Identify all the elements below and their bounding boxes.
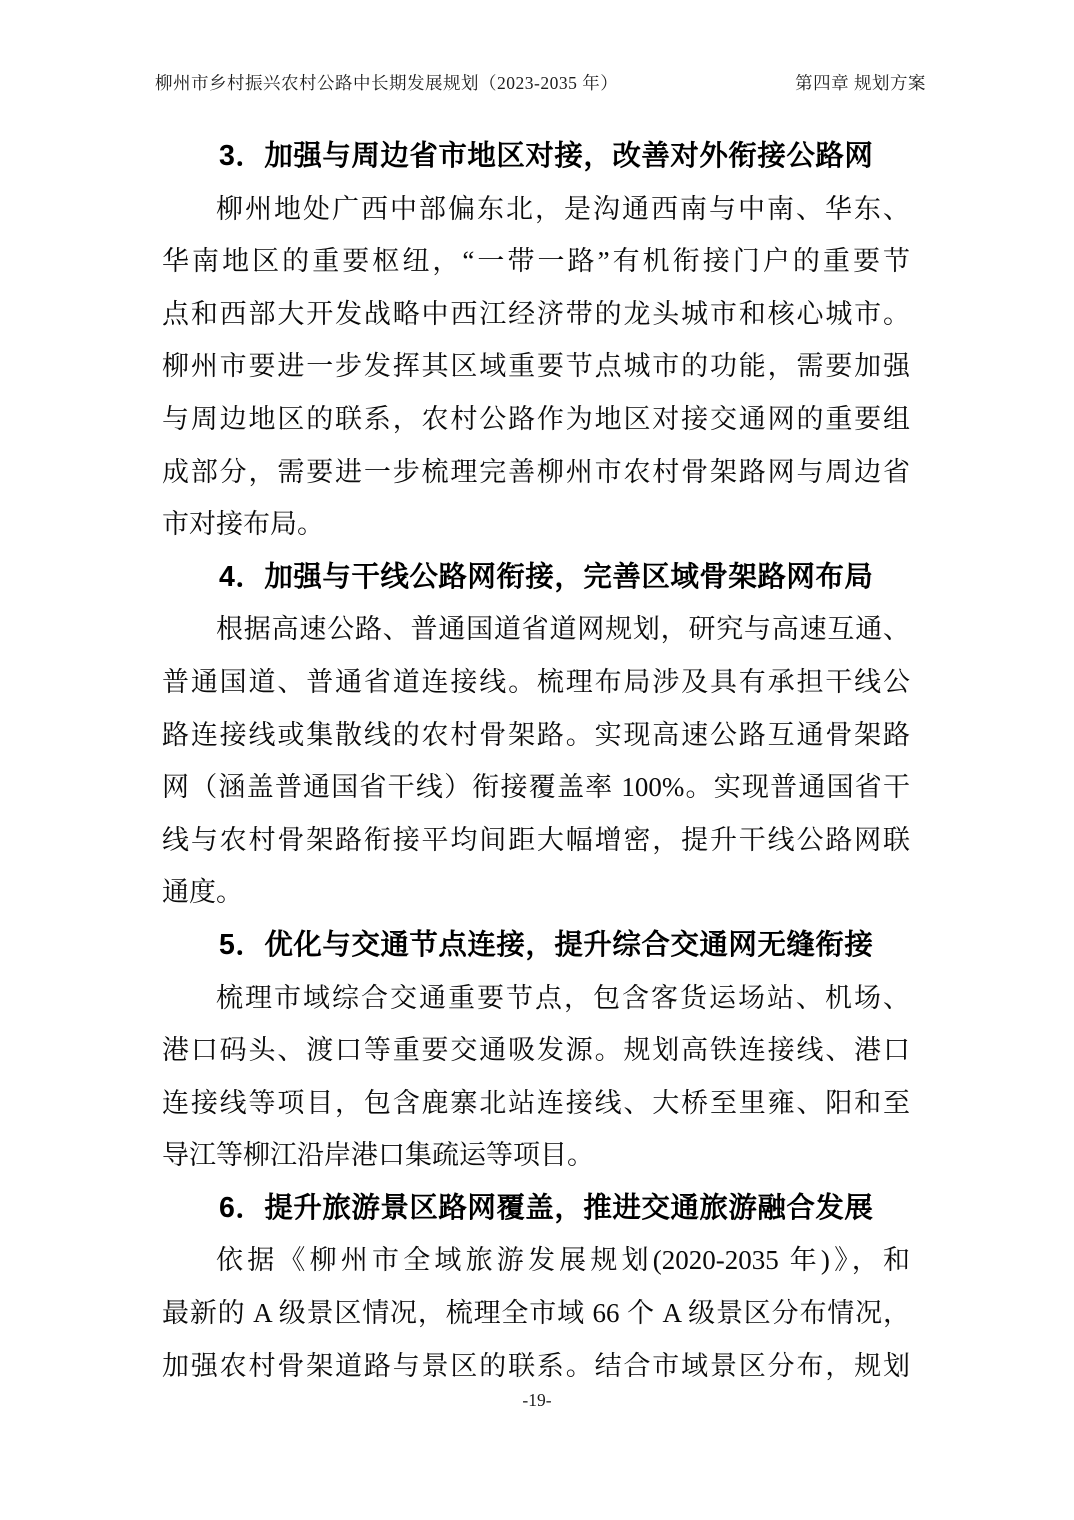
paragraph-line: 点和西部大开发战略中西江经济带的龙头城市和核心城市。: [162, 288, 910, 341]
paragraph-line: 港口码头、渡口等重要交通吸发源。规划高铁连接线、港口: [162, 1024, 910, 1077]
page-footer: -19-: [0, 1390, 1074, 1411]
paragraph-line: 最新的 A 级景区情况，梳理全市域 66 个 A 级景区分布情况，: [162, 1287, 910, 1340]
paragraph-line: 柳州地处广西中部偏东北，是沟通西南与中南、华东、: [162, 183, 910, 236]
paragraph-line: 市对接布局。: [162, 498, 910, 551]
section-heading: 3．加强与周边省市地区对接，改善对外衔接公路网: [162, 130, 910, 183]
paragraph-line: 根据高速公路、普通国道省道网规划，研究与高速互通、: [162, 603, 910, 656]
paragraph-line: 加强农村骨架道路与景区的联系。结合市域景区分布，规划: [162, 1340, 910, 1393]
paragraph-line: 线与农村骨架路衔接平均间距大幅增密，提升干线公路网联: [162, 814, 910, 867]
header-chapter-label: 第四章 规划方案: [795, 70, 926, 95]
paragraph-line: 连接线等项目，包含鹿寨北站连接线、大桥至里雍、阳和至: [162, 1077, 910, 1130]
paragraph-line: 通度。: [162, 866, 910, 919]
page-number: -19-: [522, 1390, 551, 1410]
section-heading: 5．优化与交通节点连接，提升综合交通网无缝衔接: [162, 919, 910, 972]
paragraph-line: 与周边地区的联系，农村公路作为地区对接交通网的重要组: [162, 393, 910, 446]
paragraph-line: 梳理市域综合交通重要节点，包含客货运场站、机场、: [162, 972, 910, 1025]
paragraph-line: 华南地区的重要枢纽，“一带一路”有机衔接门户的重要节: [162, 235, 910, 288]
paragraph-line: 柳州市要进一步发挥其区域重要节点城市的功能，需要加强: [162, 340, 910, 393]
paragraph-line: 网（涵盖普通国省干线）衔接覆盖率 100%。实现普通国省干: [162, 761, 910, 814]
header-document-title: 柳州市乡村振兴农村公路中长期发展规划（2023-2035 年）: [155, 70, 618, 95]
document-page: 柳州市乡村振兴农村公路中长期发展规划（2023-2035 年） 第四章 规划方案…: [0, 0, 1074, 1520]
paragraph-line: 成部分，需要进一步梳理完善柳州市农村骨架路网与周边省: [162, 446, 910, 499]
document-body: 3．加强与周边省市地区对接，改善对外衔接公路网柳州地处广西中部偏东北，是沟通西南…: [162, 130, 910, 1392]
section-heading: 6．提升旅游景区路网覆盖，推进交通旅游融合发展: [162, 1182, 910, 1235]
paragraph-line: 导江等柳江沿岸港口集疏运等项目。: [162, 1129, 910, 1182]
section-heading: 4．加强与干线公路网衔接，完善区域骨架路网布局: [162, 551, 910, 604]
paragraph-line: 普通国道、普通省道连接线。梳理布局涉及具有承担干线公: [162, 656, 910, 709]
paragraph-line: 路连接线或集散线的农村骨架路。实现高速公路互通骨架路: [162, 709, 910, 762]
page-header: 柳州市乡村振兴农村公路中长期发展规划（2023-2035 年） 第四章 规划方案: [155, 70, 926, 95]
paragraph-line: 依据《柳州市全域旅游发展规划(2020-2035 年)》，和: [162, 1234, 910, 1287]
